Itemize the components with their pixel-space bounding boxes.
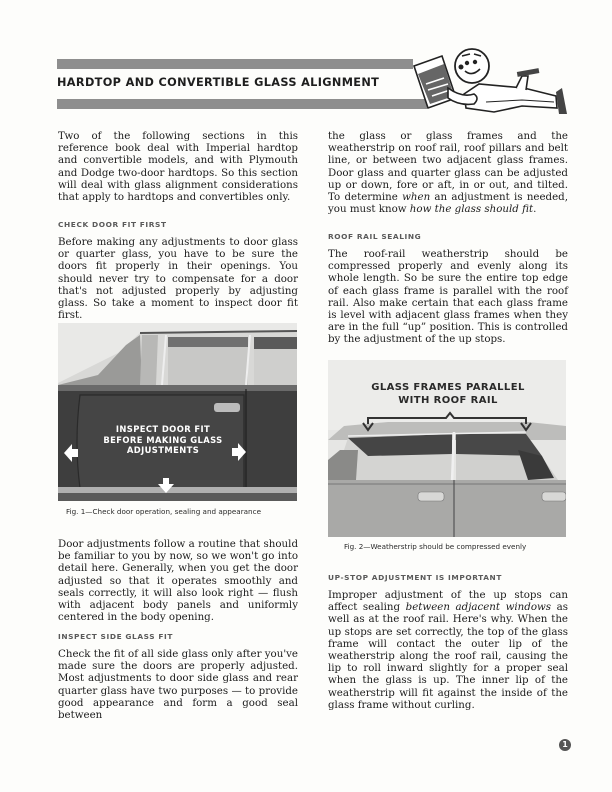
continuation-block: the glass or glass frames and the weathe…	[328, 130, 568, 215]
page-title: HARDTOP AND CONVERTIBLE GLASS ALIGNMENT	[57, 76, 379, 89]
door-adjustments-paragraph: Door adjustments follow a routine that s…	[58, 538, 298, 623]
door-adjustments-block: Door adjustments follow a routine that s…	[58, 538, 298, 623]
continuation-emphasis-when: when	[402, 191, 430, 203]
inspect-side-glass-paragraph: Check the fit of all side glass only aft…	[58, 648, 298, 721]
up-stop-block: Improper adjustment of the up stops can …	[328, 589, 568, 711]
roof-rail-block: The roof-rail weatherstrip should be com…	[328, 248, 568, 346]
check-door-fit-paragraph: Before making any adjustments to door gl…	[58, 236, 298, 321]
inspect-side-glass-block: Check the fit of all side glass only aft…	[58, 648, 298, 721]
continuation-paragraph: the glass or glass frames and the weathe…	[328, 130, 568, 215]
car-door-illustration	[58, 323, 297, 501]
section-heading-up-stop-adjustment: UP-STOP ADJUSTMENT IS IMPORTANT	[328, 573, 502, 582]
header-bar-bottom	[57, 99, 427, 109]
reading-man-mascot-icon	[404, 36, 574, 118]
figure-1-caption: Fig. 1—Check door operation, sealing and…	[66, 507, 261, 516]
continuation-text-3: .	[533, 203, 536, 215]
header-bar-top	[57, 59, 413, 69]
up-stop-emphasis: between adjacent windows	[406, 601, 551, 613]
figure-2-roof-photo: GLASS FRAMES PARALLEL WITH ROOF RAIL	[328, 360, 566, 537]
intro-paragraph: Two of the following sections in this re…	[58, 130, 298, 203]
figure-2-overlay-label: GLASS FRAMES PARALLEL WITH ROOF RAIL	[358, 382, 538, 407]
figure-1-overlay-label: INSPECT DOOR FIT BEFORE MAKING GLASS ADJ…	[98, 424, 228, 456]
section-heading-roof-rail-sealing: ROOF RAIL SEALING	[328, 232, 421, 241]
figure-1-door-photo: INSPECT DOOR FIT BEFORE MAKING GLASS ADJ…	[58, 323, 297, 501]
up-stop-text-2: as well as at the roof rail. Here's why.…	[328, 601, 568, 711]
continuation-emphasis-how: how the glass should fit	[410, 203, 533, 215]
figure-1-label-line-3: ADJUSTMENTS	[98, 445, 228, 456]
figure-2-caption: Fig. 2—Weatherstrip should be compressed…	[344, 542, 526, 551]
up-stop-paragraph: Improper adjustment of the up stops can …	[328, 589, 568, 711]
figure-2-label-line-2: WITH ROOF RAIL	[358, 395, 538, 408]
figure-2-label-line-1: GLASS FRAMES PARALLEL	[358, 382, 538, 395]
figure-1-label-line-2: BEFORE MAKING GLASS	[98, 435, 228, 446]
roof-rail-paragraph: The roof-rail weatherstrip should be com…	[328, 248, 568, 346]
intro-paragraph-block: Two of the following sections in this re…	[58, 130, 298, 203]
section-heading-check-door-fit: CHECK DOOR FIT FIRST	[58, 220, 167, 229]
check-door-fit-block: Before making any adjustments to door gl…	[58, 236, 298, 321]
section-heading-inspect-side-glass: INSPECT SIDE GLASS FIT	[58, 632, 173, 641]
figure-1-label-line-1: INSPECT DOOR FIT	[98, 424, 228, 435]
page-number-badge: 1	[559, 739, 571, 751]
